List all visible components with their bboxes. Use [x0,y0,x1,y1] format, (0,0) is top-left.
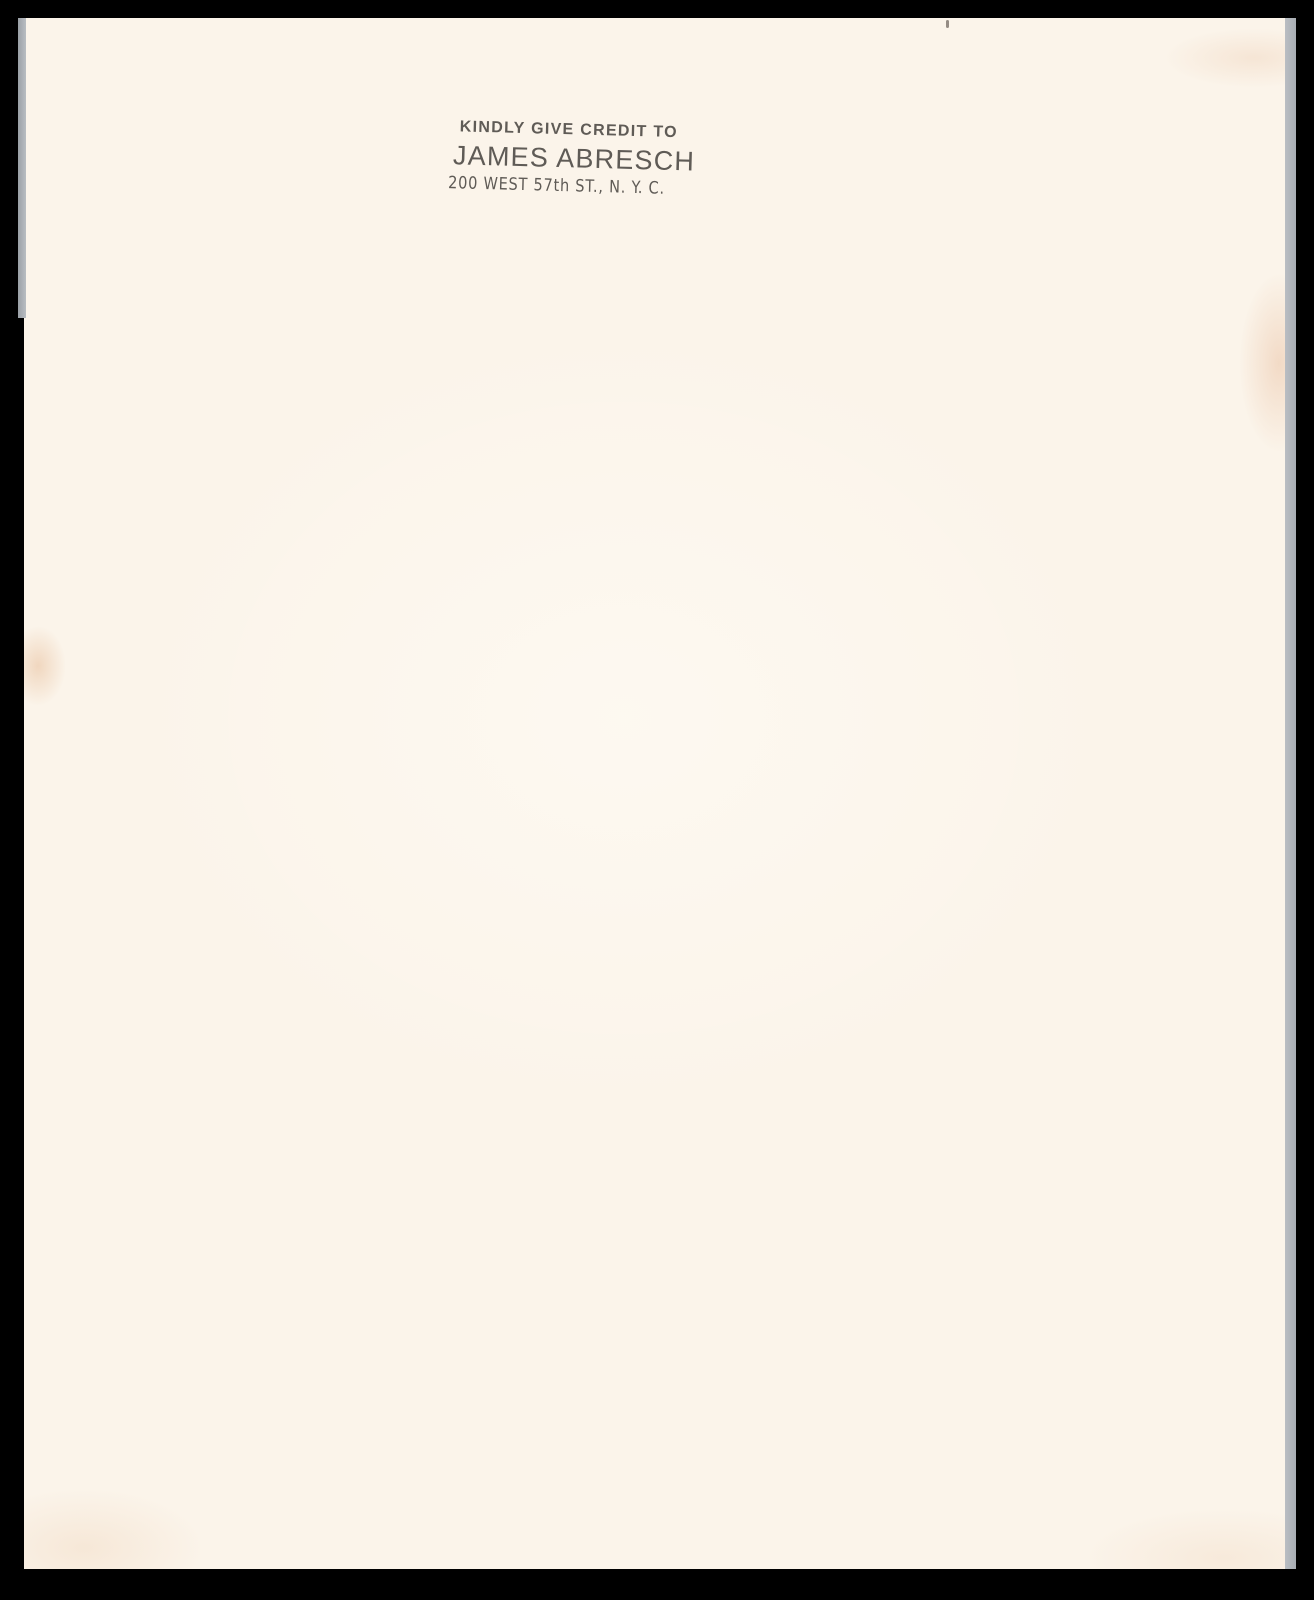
photo-back-paper [24,18,1285,1569]
card-edge-left [18,18,26,318]
ink-speck [946,20,949,28]
credit-stamp: KINDLY GIVE CREDIT TO JAMES ABRESCH 200 … [444,118,756,201]
